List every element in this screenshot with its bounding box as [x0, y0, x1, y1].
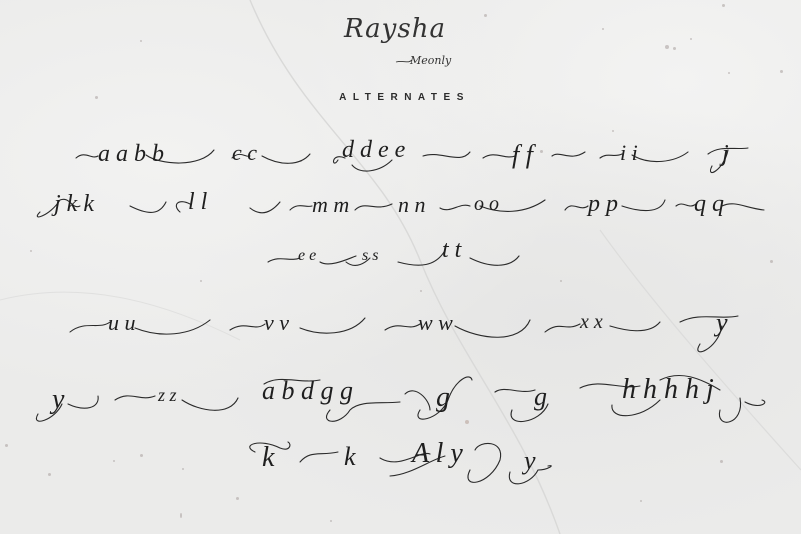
glyph-group: y — [716, 310, 728, 336]
glyph-group: v v — [264, 312, 289, 334]
glyph-group: q q — [694, 192, 724, 216]
glyph-group: j k k — [54, 192, 94, 216]
glyph-group: l l — [188, 190, 207, 214]
glyph-group: y — [52, 386, 64, 414]
glyph-group: g — [534, 384, 547, 410]
glyph-group: k — [262, 444, 274, 472]
glyph-group: w w — [418, 312, 453, 334]
glyph-group: a a b b — [98, 142, 164, 166]
glyph-group: a b d g g — [262, 378, 353, 404]
glyph-group: x x — [580, 312, 603, 332]
glyph-group: g — [436, 384, 450, 412]
glyph-group: A l y — [412, 440, 463, 468]
glyph-group: e e — [298, 248, 316, 264]
glyph-group: k — [344, 444, 356, 470]
glyph-group: z z — [158, 386, 177, 404]
glyph-group: j — [722, 142, 729, 166]
glyph-group: f f — [512, 142, 533, 168]
glyph-group: t t — [442, 238, 461, 262]
glyph-group: p p — [588, 192, 618, 216]
glyph-group: i i — [620, 142, 638, 164]
glyph-group: u u — [108, 312, 136, 334]
glyph-group: s s — [362, 248, 378, 264]
glyph-group: o o — [474, 194, 499, 214]
glyph-group: d d e e — [342, 138, 405, 162]
glyph-group: h h h h j — [622, 376, 714, 404]
glyph-group: n n — [398, 194, 426, 216]
glyph-group: c c — [232, 142, 257, 164]
glyph-group: y — [524, 448, 536, 474]
glyph-group: m m — [312, 194, 349, 216]
alternates-specimen: a a b b c c d d e e f f i i j j k k l l … — [0, 0, 801, 534]
